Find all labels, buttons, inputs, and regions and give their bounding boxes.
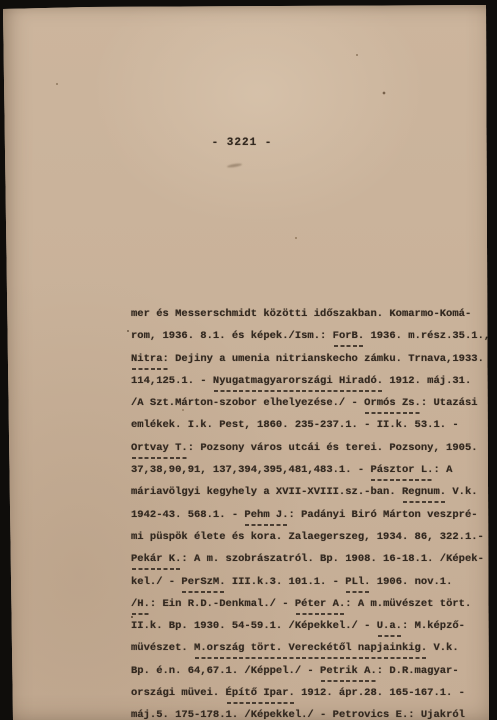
underlined-segment: Petrovics E. [333, 709, 409, 720]
text-segment: : Ujakról [408, 709, 465, 720]
underlined-segment: PerSzM. [181, 576, 225, 588]
underlined-segment: PLl. [345, 576, 370, 588]
underlined-segment: Építő Ipar. [226, 687, 295, 699]
text-line: máriavölgyi kegyhely a XVII-XVIII.sz.-ba… [131, 481, 489, 503]
text-segment: 1942-43. 568.1. - [131, 509, 244, 521]
text-segment: : D.R.magyar- [377, 665, 459, 677]
underlined-segment: ForB. [333, 330, 365, 342]
text-segment: : Ein R.D.-Denkmal./ - [150, 598, 295, 610]
scanned-page: - 3221 - mer és Messerschmidt közötti id… [0, 0, 497, 720]
text-segment: kel./ - [131, 576, 181, 588]
text-segment: 1912. máj.31. [383, 375, 471, 387]
text-segment: emlékek. I.k. Pest, 1860. 235-237.1. - I… [131, 419, 459, 431]
underlined-segment: Nitra: [131, 353, 169, 365]
text-segment: : M.képző- [402, 620, 465, 632]
text-segment: V.k. [446, 486, 478, 498]
underlined-segment: Pehm J. [244, 509, 288, 521]
text-segment: 37,38,90,91, 137,394,395,481,483.1. - [131, 464, 370, 476]
underlined-segment: Petrik A. [320, 665, 377, 677]
text-segment: müvészet. [131, 642, 194, 654]
underlined-segment: /H. [131, 598, 150, 610]
text-line: II.k. Bp. 1930. 54-59.1. /Képekkel./ - U… [131, 615, 489, 637]
text-line: mer és Messerschmidt közötti időszakban.… [131, 303, 489, 325]
text-segment: mer és Messerschmidt közötti időszakban.… [131, 308, 471, 320]
underlined-segment: Pekár K. [131, 553, 181, 565]
text-line: /A Szt.Márton-szobor elhelyezése./ - Orm… [131, 392, 489, 414]
text-line: kel./ - PerSzM. III.k.3. 101.1. - PLl. 1… [131, 571, 489, 593]
bibliography-text: mer és Messerschmidt közötti időszakban.… [131, 303, 489, 720]
text-line: Ortvay T.: Pozsony város utcái és terei.… [131, 437, 489, 459]
underlined-segment: Ormós Zs. [364, 397, 421, 409]
text-line: 1942-43. 568.1. - Pehm J.: Padányi Biró … [131, 504, 489, 526]
text-segment: máj.5. 175-178.1. /Képekkel./ - [131, 709, 333, 720]
text-line: mi püspök élete és kora. Zalaegerszeg, 1… [131, 526, 489, 548]
text-segment: /A Szt.Márton-szobor elhelyezése./ - [131, 397, 364, 409]
text-line: 37,38,90,91, 137,394,395,481,483.1. - Pá… [131, 459, 489, 481]
text-segment: : Padányi Biró Márton veszpré- [289, 509, 478, 521]
paper-sheet: - 3221 - mer és Messerschmidt közötti id… [0, 0, 497, 720]
text-line: 114,125.1. - Nyugatmagyarországi Hiradó.… [131, 370, 489, 392]
underlined-segment: Regnum. [402, 486, 446, 498]
text-segment: II.k. Bp. 1930. 54-59.1. /Képekkel./ - [131, 620, 377, 632]
text-line: máj.5. 175-178.1. /Képekkel./ - Petrovic… [131, 704, 489, 720]
text-segment: V.k. [427, 642, 459, 654]
text-segment: máriavölgyi kegyhely a XVII-XVIII.sz.-ba… [131, 486, 402, 498]
text-segment: : A [433, 464, 452, 476]
text-line: Nitra: Dejiny a umenia nitrianskecho zám… [131, 348, 489, 370]
text-line: emlékek. I.k. Pest, 1860. 235-237.1. - I… [131, 414, 489, 436]
text-segment: mi püspök élete és kora. Zalaegerszeg, 1… [131, 531, 484, 543]
text-segment: 114,125.1. - [131, 375, 213, 387]
underlined-segment: U.a. [377, 620, 402, 632]
underlined-segment: Nyugatmagyarországi Hiradó. [213, 375, 383, 387]
text-segment: Bp. é.n. 64,67.1. /Képpel./ - [131, 665, 320, 677]
text-line: Pekár K.: A m. szobrászatról. Bp. 1908. … [131, 548, 489, 570]
text-line: rom, 1936. 8.1. és képek./Ism.: ForB. 19… [131, 325, 489, 347]
text-segment: : A m. szobrászatról. Bp. 1908. 16-18.1.… [181, 553, 483, 565]
text-segment: 1906. nov.1. [370, 576, 452, 588]
text-segment: 1936. m.rész.35.1.,/ [364, 330, 496, 342]
underlined-segment: Péter A. [295, 598, 345, 610]
text-line: /H.: Ein R.D.-Denkmal./ - Péter A.: A m.… [131, 593, 489, 615]
underlined-segment: Pásztor L. [370, 464, 433, 476]
text-segment: : Pozsony város utcái és terei. Pozsony,… [188, 442, 478, 454]
text-segment: országi müvei. [131, 687, 226, 699]
page-number: - 3221 - [131, 136, 353, 150]
text-segment: : Utazási [421, 397, 478, 409]
underlined-segment: M.ország tört. Vereckétől napjainkig. [194, 642, 427, 654]
text-segment: Dejiny a umenia nitrianskecho zámku. Trn… [169, 353, 484, 365]
smudge-mark [227, 163, 242, 168]
underlined-segment: Ortvay T. [131, 442, 188, 454]
text-line: országi müvei. Építő Ipar. 1912. ápr.28.… [131, 682, 489, 704]
text-segment: : A m.müvészet tört. [345, 598, 471, 610]
text-segment: 1912. ápr.28. 165-167.1. - [295, 687, 465, 699]
text-segment: rom, 1936. 8.1. és képek./Ism.: [131, 330, 333, 342]
text-line: müvészet. M.ország tört. Vereckétől napj… [131, 637, 489, 659]
text-line: Bp. é.n. 64,67.1. /Képpel./ - Petrik A.:… [131, 660, 489, 682]
text-segment: III.k.3. 101.1. - [226, 576, 346, 588]
